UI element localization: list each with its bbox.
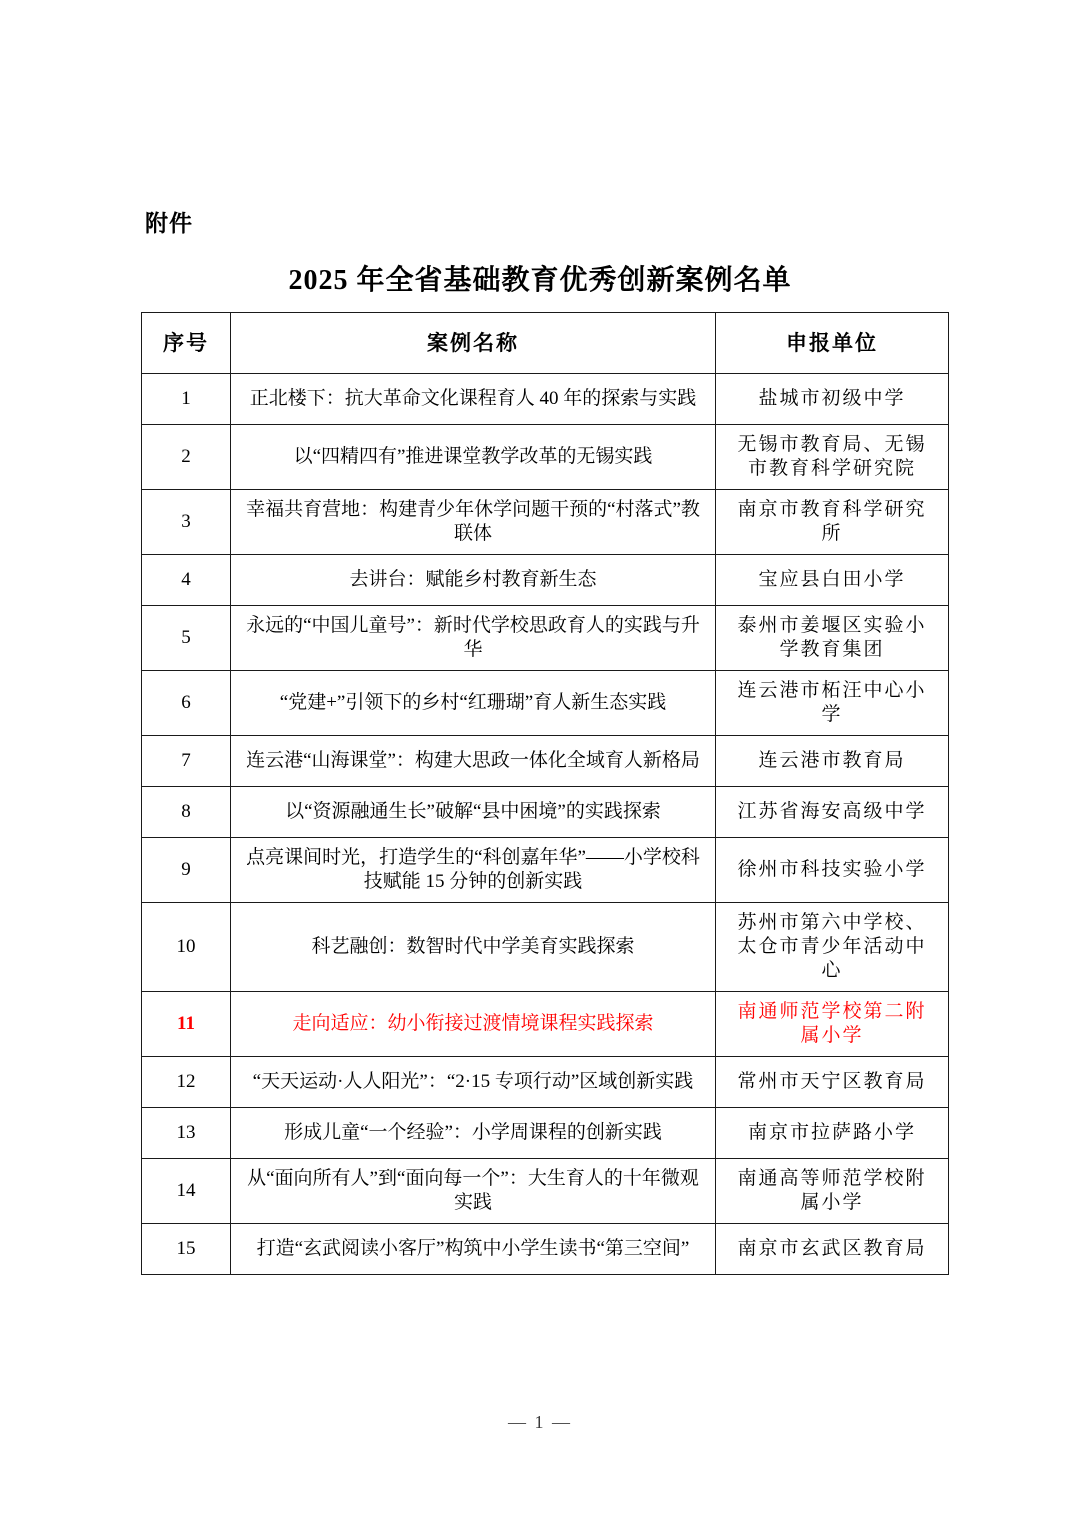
table-row: 8以“资源融通生长”破解“县中困境”的实践探索江苏省海安高级中学 [142, 787, 949, 838]
table-row: 2以“四精四有”推进课堂教学改革的无锡实践无锡市教育局、无锡市教育科学研究院 [142, 425, 949, 490]
case-name-cell: 去讲台：赋能乡村教育新生态 [231, 555, 716, 606]
table-row: 13形成儿童“一个经验”：小学周课程的创新实践南京市拉萨路小学 [142, 1108, 949, 1159]
unit-cell: 连云港市柘汪中心小学 [716, 671, 949, 736]
row-index-cell: 2 [142, 425, 231, 490]
table-row: 11走向适应：幼小衔接过渡情境课程实践探索南通师范学校第二附属小学 [142, 992, 949, 1057]
row-index-cell: 15 [142, 1224, 231, 1275]
unit-cell: 无锡市教育局、无锡市教育科学研究院 [716, 425, 949, 490]
row-index-cell: 7 [142, 736, 231, 787]
table-row: 10科艺融创：数智时代中学美育实践探索苏州市第六中学校、太仓市青少年活动中心 [142, 903, 949, 992]
case-name-cell: 走向适应：幼小衔接过渡情境课程实践探索 [231, 992, 716, 1057]
case-name-cell: 正北楼下：抗大革命文化课程育人 40 年的探索与实践 [231, 374, 716, 425]
table-body: 1正北楼下：抗大革命文化课程育人 40 年的探索与实践盐城市初级中学2以“四精四… [142, 374, 949, 1275]
document-page: 附件 2025 年全省基础教育优秀创新案例名单 序号 案例名称 申报单位 1正北… [0, 0, 1080, 1527]
unit-cell: 南京市教育科学研究所 [716, 490, 949, 555]
table-row: 12“天天运动·人人阳光”：“2·15 专项行动”区域创新实践常州市天宁区教育局 [142, 1057, 949, 1108]
header-unit: 申报单位 [716, 313, 949, 374]
table-row: 9点亮课间时光，打造学生的“科创嘉年华”——小学校科技赋能 15 分钟的创新实践… [142, 838, 949, 903]
case-name-cell: 点亮课间时光，打造学生的“科创嘉年华”——小学校科技赋能 15 分钟的创新实践 [231, 838, 716, 903]
case-name-cell: “天天运动·人人阳光”：“2·15 专项行动”区域创新实践 [231, 1057, 716, 1108]
page-number: — 1 — [0, 1412, 1080, 1433]
header-case-name: 案例名称 [231, 313, 716, 374]
table-row: 4去讲台：赋能乡村教育新生态宝应县白田小学 [142, 555, 949, 606]
unit-cell: 宝应县白田小学 [716, 555, 949, 606]
table-row: 3幸福共育营地：构建青少年休学问题干预的“村落式”教联体南京市教育科学研究所 [142, 490, 949, 555]
case-name-cell: 从“面向所有人”到“面向每一个”：大生育人的十年微观实践 [231, 1159, 716, 1224]
row-index-cell: 12 [142, 1057, 231, 1108]
row-index-cell: 3 [142, 490, 231, 555]
case-name-cell: “党建+”引领下的乡村“红珊瑚”育人新生态实践 [231, 671, 716, 736]
unit-cell: 南京市拉萨路小学 [716, 1108, 949, 1159]
case-name-cell: 永远的“中国儿童号”：新时代学校思政育人的实践与升华 [231, 606, 716, 671]
case-name-cell: 以“四精四有”推进课堂教学改革的无锡实践 [231, 425, 716, 490]
table-row: 15打造“玄武阅读小客厅”构筑中小学生读书“第三空间”南京市玄武区教育局 [142, 1224, 949, 1275]
unit-cell: 南京市玄武区教育局 [716, 1224, 949, 1275]
row-index-cell: 10 [142, 903, 231, 992]
unit-cell: 苏州市第六中学校、太仓市青少年活动中心 [716, 903, 949, 992]
unit-cell: 江苏省海安高级中学 [716, 787, 949, 838]
attachment-label: 附件 [145, 205, 193, 238]
table-row: 7连云港“山海课堂”：构建大思政一体化全域育人新格局连云港市教育局 [142, 736, 949, 787]
row-index-cell: 4 [142, 555, 231, 606]
row-index-cell: 14 [142, 1159, 231, 1224]
table-row: 1正北楼下：抗大革命文化课程育人 40 年的探索与实践盐城市初级中学 [142, 374, 949, 425]
case-name-cell: 打造“玄武阅读小客厅”构筑中小学生读书“第三空间” [231, 1224, 716, 1275]
unit-cell: 南通师范学校第二附属小学 [716, 992, 949, 1057]
table-row: 14从“面向所有人”到“面向每一个”：大生育人的十年微观实践南通高等师范学校附属… [142, 1159, 949, 1224]
row-index-cell: 6 [142, 671, 231, 736]
case-name-cell: 形成儿童“一个经验”：小学周课程的创新实践 [231, 1108, 716, 1159]
row-index-cell: 5 [142, 606, 231, 671]
row-index-cell: 9 [142, 838, 231, 903]
row-index-cell: 1 [142, 374, 231, 425]
unit-cell: 盐城市初级中学 [716, 374, 949, 425]
table-row: 5永远的“中国儿童号”：新时代学校思政育人的实践与升华泰州市姜堰区实验小学教育集… [142, 606, 949, 671]
document-title: 2025 年全省基础教育优秀创新案例名单 [0, 258, 1080, 298]
table-header-row: 序号 案例名称 申报单位 [142, 313, 949, 374]
unit-cell: 徐州市科技实验小学 [716, 838, 949, 903]
unit-cell: 南通高等师范学校附属小学 [716, 1159, 949, 1224]
header-index: 序号 [142, 313, 231, 374]
case-name-cell: 连云港“山海课堂”：构建大思政一体化全域育人新格局 [231, 736, 716, 787]
row-index-cell: 11 [142, 992, 231, 1057]
case-name-cell: 科艺融创：数智时代中学美育实践探索 [231, 903, 716, 992]
cases-table: 序号 案例名称 申报单位 1正北楼下：抗大革命文化课程育人 40 年的探索与实践… [141, 312, 949, 1275]
case-name-cell: 幸福共育营地：构建青少年休学问题干预的“村落式”教联体 [231, 490, 716, 555]
row-index-cell: 8 [142, 787, 231, 838]
unit-cell: 常州市天宁区教育局 [716, 1057, 949, 1108]
unit-cell: 泰州市姜堰区实验小学教育集团 [716, 606, 949, 671]
unit-cell: 连云港市教育局 [716, 736, 949, 787]
case-name-cell: 以“资源融通生长”破解“县中困境”的实践探索 [231, 787, 716, 838]
row-index-cell: 13 [142, 1108, 231, 1159]
table-row: 6“党建+”引领下的乡村“红珊瑚”育人新生态实践连云港市柘汪中心小学 [142, 671, 949, 736]
